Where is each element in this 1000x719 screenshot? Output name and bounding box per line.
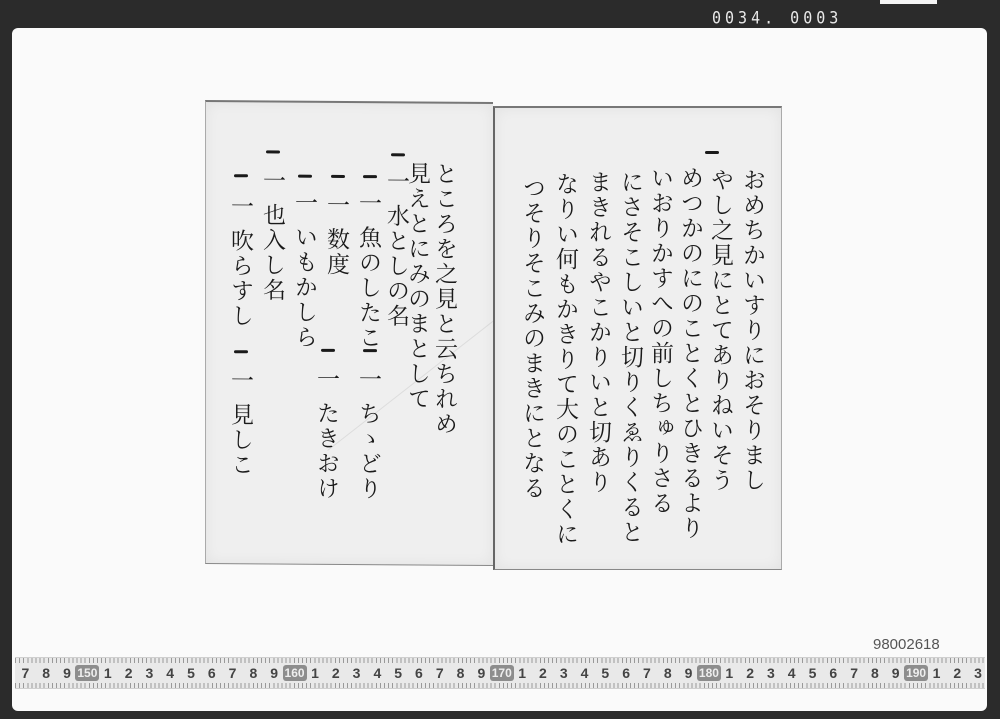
ruler-label: 2 xyxy=(740,665,761,681)
ruler-label: 190 xyxy=(904,665,928,681)
ruler-label: 7 xyxy=(637,665,658,681)
list-item: 一 吹らすし xyxy=(228,194,251,328)
ruler-label: 8 xyxy=(450,665,471,681)
list-item: 一 たきおけ xyxy=(314,367,337,501)
ruler-label: 9 xyxy=(471,665,492,681)
text-column: やし之見にとてありねいそう xyxy=(708,168,731,493)
ruler-label: 7 xyxy=(15,665,36,681)
list-item: 一 魚のしたこ xyxy=(356,191,379,350)
list-item: 一 水としの名 xyxy=(384,169,407,328)
ruler-label: 5 xyxy=(388,665,409,681)
ruler-label: 8 xyxy=(243,665,264,681)
ruler-label: 5 xyxy=(595,665,616,681)
ruler-label: 150 xyxy=(75,665,99,681)
ruler-label: 3 xyxy=(761,665,782,681)
ruler-label: 2 xyxy=(947,665,968,681)
ruler-label: 3 xyxy=(553,665,574,681)
ruler-label: 9 xyxy=(264,665,285,681)
ruler-label: 2 xyxy=(533,665,554,681)
ruler-label: 5 xyxy=(802,665,823,681)
ruler-label: 5 xyxy=(181,665,202,681)
list-item: 一 数度 xyxy=(324,193,347,277)
ruler-label: 160 xyxy=(283,665,307,681)
text-column: めつかのにのことくとひきるより xyxy=(678,166,701,541)
ruler-label: 1 xyxy=(719,665,740,681)
frame-counter: 0034. 0003 xyxy=(712,8,842,28)
item-mark xyxy=(234,174,248,177)
list-item: 一 也入し名 xyxy=(260,168,283,302)
item-mark xyxy=(363,175,377,178)
ruler-label: 8 xyxy=(36,665,57,681)
ruler-labels: 7891501234567891601234567891701234567891… xyxy=(15,663,985,683)
ruler-label: 4 xyxy=(574,665,595,681)
text-column: ところを之見と云ちれめ xyxy=(432,162,455,492)
ruler-label: 1 xyxy=(305,665,326,681)
manuscript-page-right: おめちかいすりにおそりまし やし之見にとてありねいそう めつかのにのことくとひき… xyxy=(493,106,782,570)
ruler-label: 1 xyxy=(97,665,118,681)
ruler-label: 3 xyxy=(139,665,160,681)
ruler-label: 1 xyxy=(512,665,533,681)
ruler-label: 7 xyxy=(222,665,243,681)
item-mark xyxy=(391,153,405,156)
ruler-label: 2 xyxy=(325,665,346,681)
ruler-label: 8 xyxy=(864,665,885,681)
item-mark xyxy=(705,151,719,154)
film-edge-tab xyxy=(880,0,937,4)
ruler-label: 8 xyxy=(657,665,678,681)
item-mark xyxy=(298,175,312,178)
ruler-label: 6 xyxy=(823,665,844,681)
list-item: 一 見しこ xyxy=(228,368,251,477)
text-column: にさそこしいと切りくゑりくると xyxy=(618,170,641,545)
list-item: 一 いもかしら xyxy=(292,191,315,350)
ruler-label: 180 xyxy=(697,665,721,681)
text-column: まきれるやこかりいと切あり xyxy=(586,170,609,495)
ruler-label: 4 xyxy=(367,665,388,681)
text-column: いおりかすへの前しちゅりさる xyxy=(648,166,671,516)
ruler-ticks xyxy=(15,683,985,688)
ruler-label: 4 xyxy=(781,665,802,681)
ruler-label: 9 xyxy=(57,665,78,681)
measurement-ruler: 7891501234567891601234567891701234567891… xyxy=(15,657,985,689)
ruler-label: 3 xyxy=(346,665,367,681)
item-mark xyxy=(266,150,280,153)
ruler-label: 7 xyxy=(429,665,450,681)
text-column: つそりそこみのまきにとなる xyxy=(520,176,543,501)
ruler-label: 6 xyxy=(409,665,430,681)
text-column: おめちかいすりにおそりまし xyxy=(740,168,763,493)
ruler-label: 9 xyxy=(885,665,906,681)
item-mark xyxy=(331,175,345,178)
catalog-number: 98002618 xyxy=(873,636,940,653)
ruler-label: 9 xyxy=(678,665,699,681)
ruler-label: 4 xyxy=(160,665,181,681)
ruler-label: 7 xyxy=(844,665,865,681)
text-column: なりい何もかきりて大のことくに xyxy=(553,172,576,547)
ruler-label: 6 xyxy=(616,665,637,681)
item-mark xyxy=(321,349,335,352)
ruler-label: 1 xyxy=(926,665,947,681)
item-mark xyxy=(363,349,377,352)
ruler-label: 6 xyxy=(201,665,222,681)
ruler-label: 2 xyxy=(118,665,139,681)
list-item: 一 ちゝどり xyxy=(356,367,379,501)
ruler-label: 3 xyxy=(968,665,985,681)
item-mark xyxy=(234,350,248,353)
manuscript-page-left: ところを之見と云ちれめ 見えとにみのまとして 一 水としの名 一 魚のしたこ 一… xyxy=(205,100,493,566)
ruler-label: 170 xyxy=(490,665,514,681)
